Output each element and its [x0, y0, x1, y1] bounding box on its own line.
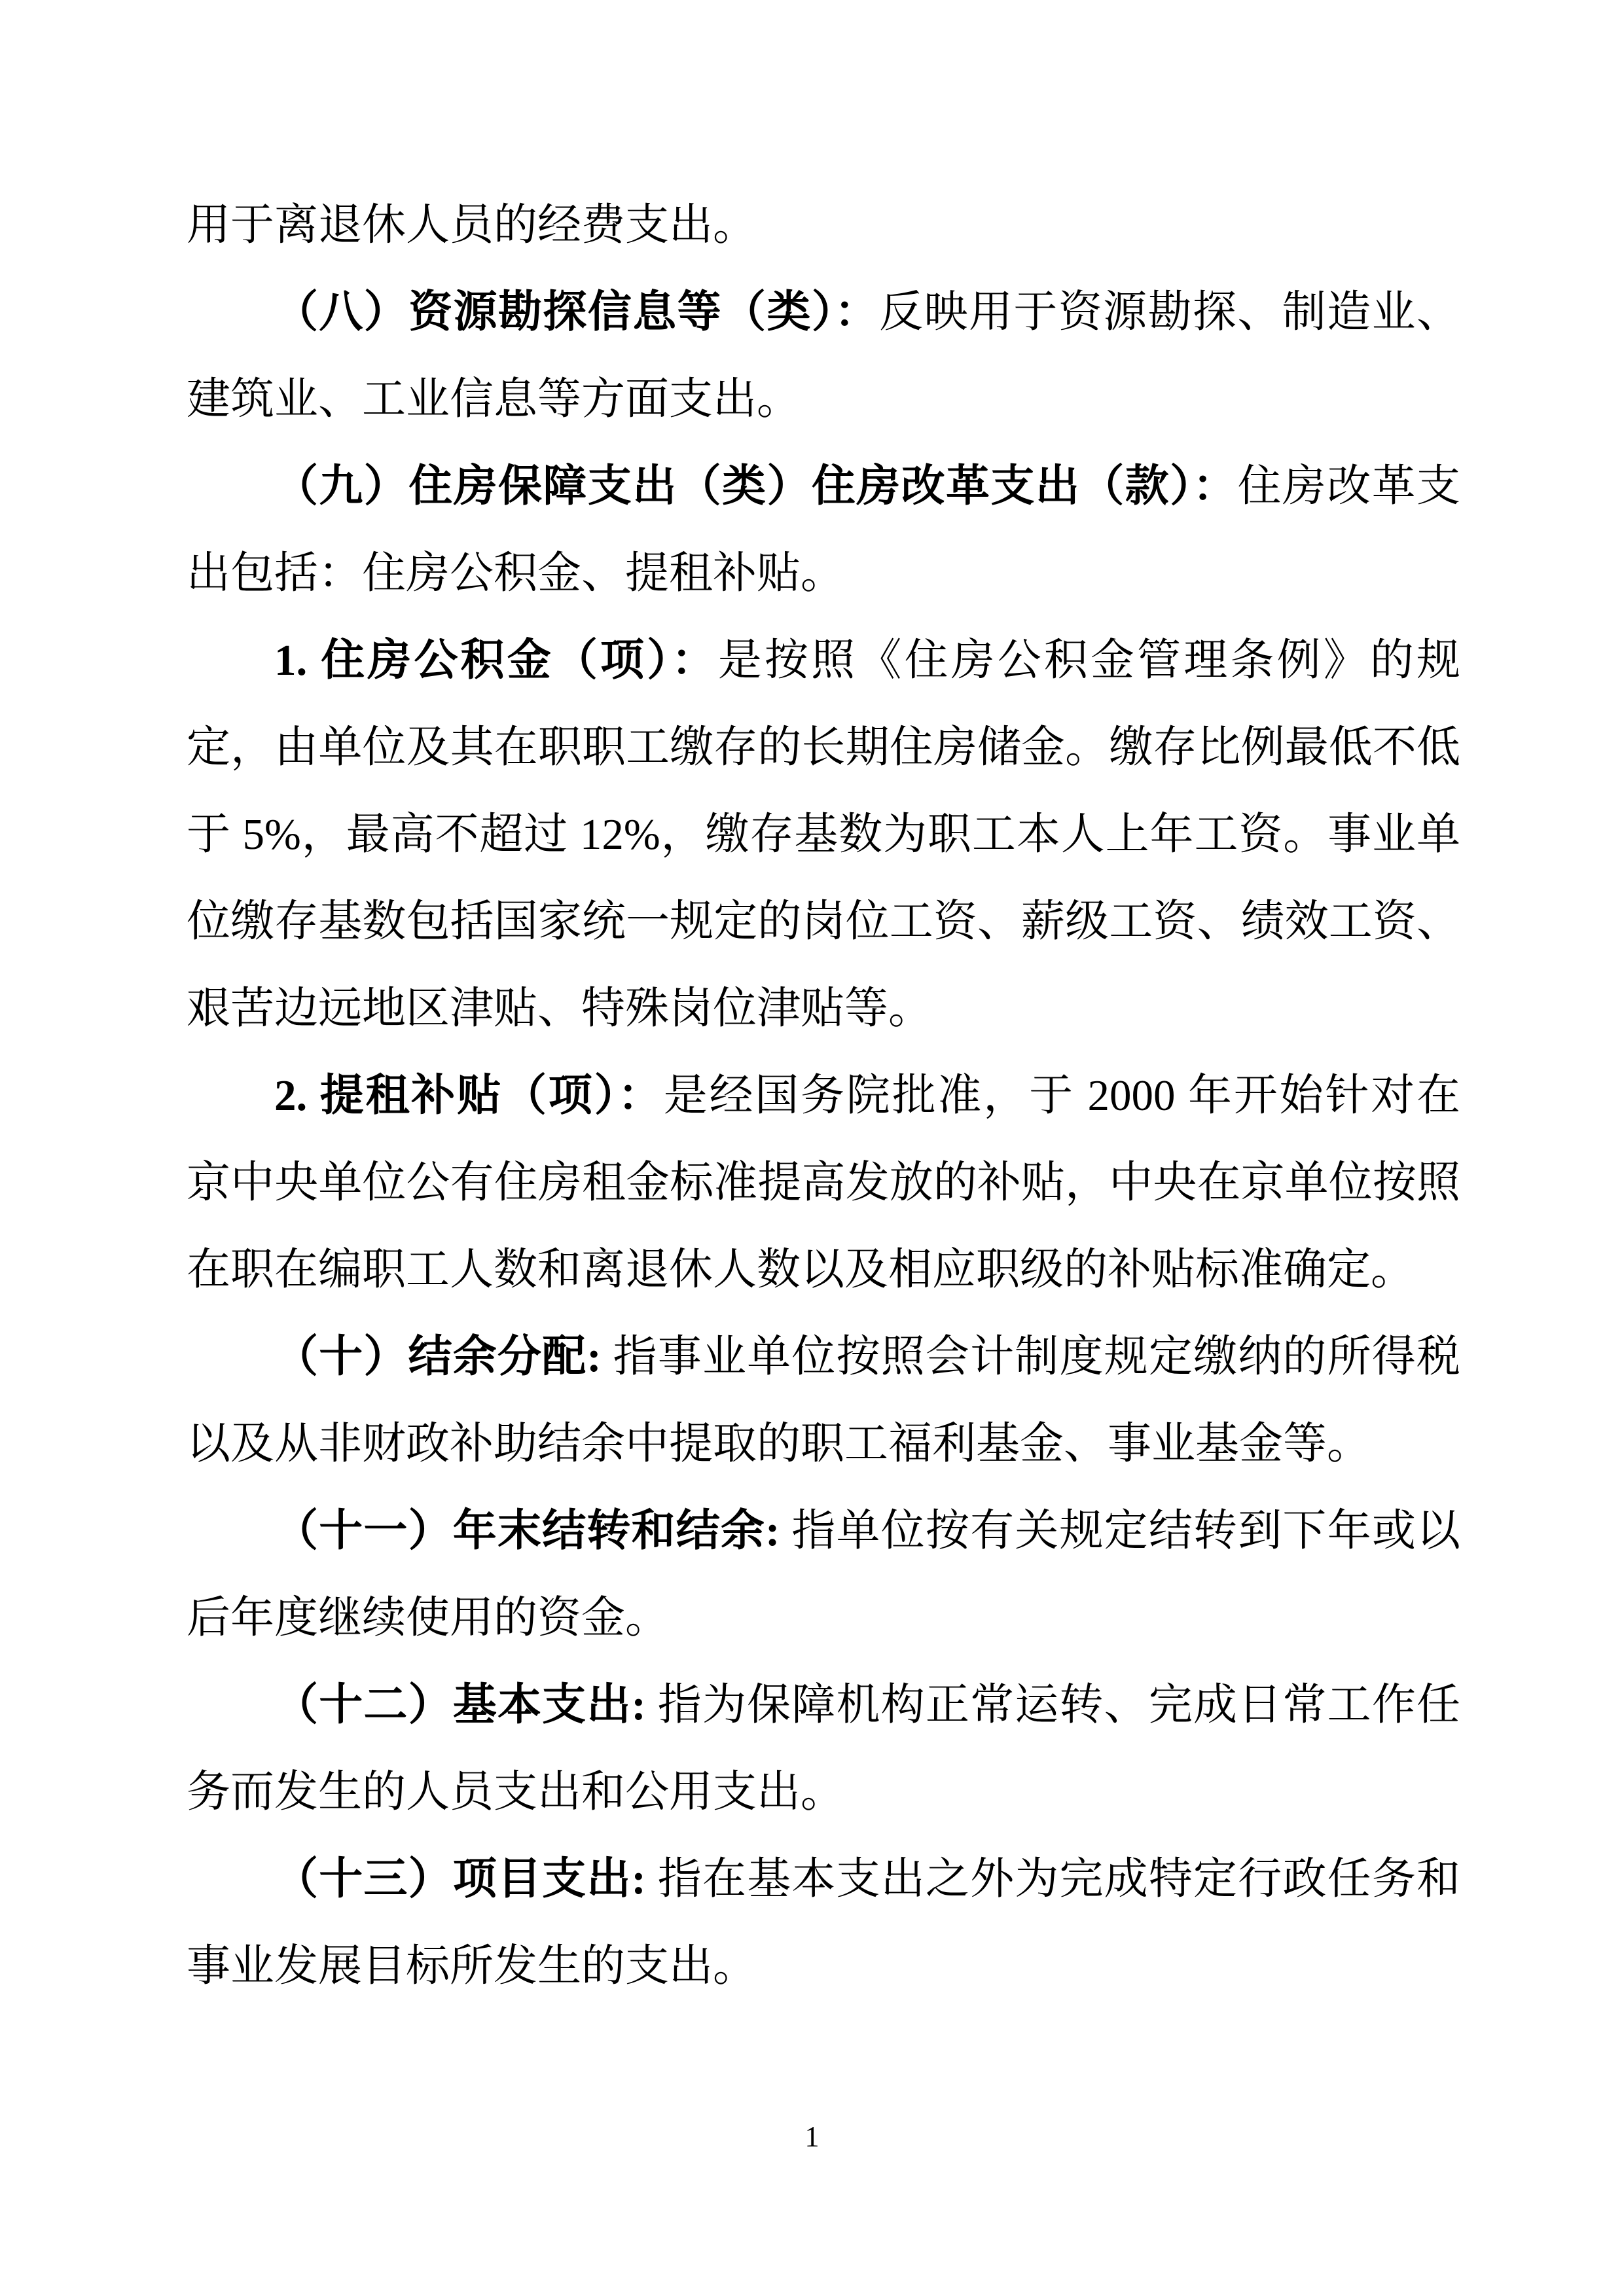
text-line: 艰苦边远地区津贴、特殊岗位津贴等。 — [187, 965, 1460, 1052]
body-segment: 住房改革支 — [1237, 462, 1460, 511]
text-line: （十）结余分配: 指事业单位按照会计制度规定缴纳的所得税 — [187, 1314, 1460, 1401]
text-line: 京中央单位公有住房租金标准提高发放的补贴，中央在京单位按照 — [187, 1139, 1460, 1227]
text-line: 事业发展目标所发生的支出。 — [187, 1923, 1460, 2010]
heading-segment: （十三）项目支出: — [274, 1855, 646, 1903]
body-segment: 定，由单位及其在职职工缴存的长期住房储金。缴存比例最低不低 — [187, 723, 1460, 772]
text-line: （十二）基本支出: 指为保障机构正常运转、完成日常工作任 — [187, 1662, 1460, 1749]
text-line: 以及从非财政补助结余中提取的职工福利基金、事业基金等。 — [187, 1401, 1460, 1488]
body-segment: 位缴存基数包括国家统一规定的岗位工资、薪级工资、绩效工资、 — [187, 897, 1460, 946]
text-line: 于 5%，最高不超过 12%，缴存基数为职工本人上年工资。事业单 — [187, 791, 1460, 878]
text-line: 定，由单位及其在职职工缴存的长期住房储金。缴存比例最低不低 — [187, 704, 1460, 791]
page-number: 1 — [0, 2121, 1624, 2153]
body-segment: 反映用于资源勘探、制造业、 — [879, 288, 1460, 336]
body-segment: 务而发生的人员支出和公用支出。 — [187, 1768, 844, 1816]
body-segment: 出包括：住房公积金、提租补贴。 — [187, 549, 844, 598]
body-segment: 指为保障机构正常运转、完成日常工作任 — [646, 1681, 1460, 1729]
heading-segment: 1. 住房公积金（项）： — [274, 636, 718, 685]
body-segment: 指单位按有关规定结转到下年或以 — [780, 1507, 1460, 1555]
text-line: （九）住房保障支出（类）住房改革支出（款）：住房改革支 — [187, 443, 1460, 530]
document-body: 用于离退休人员的经费支出。 （八）资源勘探信息等（类）：反映用于资源勘探、制造业… — [187, 182, 1460, 2010]
body-segment: 是经国务院批准，于 2000 年开始针对在 — [664, 1071, 1460, 1120]
heading-segment: （八）资源勘探信息等（类）： — [274, 288, 879, 336]
heading-segment: （十）结余分配: — [274, 1333, 602, 1381]
body-segment: 建筑业、工业信息等方面支出。 — [187, 375, 801, 423]
text-line: 在职在编职工人数和离退休人数以及相应职级的补贴标准确定。 — [187, 1227, 1460, 1314]
text-line: （十一）年末结转和结余: 指单位按有关规定结转到下年或以 — [187, 1488, 1460, 1575]
heading-segment: 2. 提租补贴（项）： — [274, 1071, 664, 1120]
body-segment: 以及从非财政补助结余中提取的职工福利基金、事业基金等。 — [187, 1420, 1371, 1468]
body-segment: 艰苦边远地区津贴、特殊岗位津贴等。 — [187, 984, 932, 1033]
body-segment: 是按照《住房公积金管理条例》的规 — [718, 636, 1460, 685]
body-segment: 后年度继续使用的资金。 — [187, 1594, 669, 1642]
text-line: 位缴存基数包括国家统一规定的岗位工资、薪级工资、绩效工资、 — [187, 878, 1460, 965]
text-line: （十三）项目支出: 指在基本支出之外为完成特定行政任务和 — [187, 1836, 1460, 1923]
document-page: 用于离退休人员的经费支出。 （八）资源勘探信息等（类）：反映用于资源勘探、制造业… — [0, 0, 1624, 2296]
body-segment: 于 5%，最高不超过 12%，缴存基数为职工本人上年工资。事业单 — [187, 810, 1460, 859]
heading-segment: （十二）基本支出: — [274, 1681, 646, 1729]
heading-segment: （十一）年末结转和结余: — [274, 1507, 780, 1555]
body-segment: 京中央单位公有住房租金标准提高发放的补贴，中央在京单位按照 — [187, 1158, 1460, 1207]
heading-segment: （九）住房保障支出（类）住房改革支出（款）： — [274, 462, 1237, 511]
text-line: （八）资源勘探信息等（类）：反映用于资源勘探、制造业、 — [187, 269, 1460, 356]
text-line: 务而发生的人员支出和公用支出。 — [187, 1749, 1460, 1836]
text-line: 后年度继续使用的资金。 — [187, 1575, 1460, 1662]
text-line: 1. 住房公积金（项）：是按照《住房公积金管理条例》的规 — [187, 617, 1460, 704]
text-line: 建筑业、工业信息等方面支出。 — [187, 356, 1460, 443]
body-segment: 指事业单位按照会计制度规定缴纳的所得税 — [602, 1333, 1460, 1381]
text-line: 出包括：住房公积金、提租补贴。 — [187, 530, 1460, 617]
body-segment: 事业发展目标所发生的支出。 — [187, 1942, 757, 1990]
text-line: 用于离退休人员的经费支出。 — [187, 182, 1460, 269]
body-segment: 指在基本支出之外为完成特定行政任务和 — [646, 1855, 1460, 1903]
body-segment: 用于离退休人员的经费支出。 — [187, 201, 757, 249]
text-line: 2. 提租补贴（项）：是经国务院批准，于 2000 年开始针对在 — [187, 1052, 1460, 1139]
body-segment: 在职在编职工人数和离退休人数以及相应职级的补贴标准确定。 — [187, 1246, 1415, 1294]
